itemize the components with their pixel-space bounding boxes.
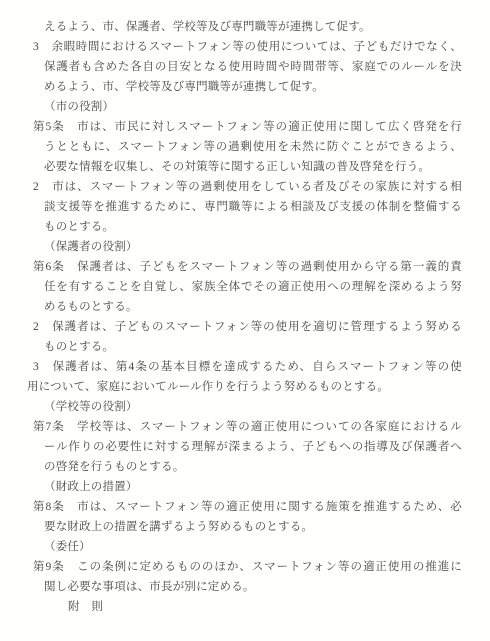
heading-line: （保護者の役割） <box>27 237 462 257</box>
text-line: 第7条 学校等は、スマートフォン等の適正使用についての各家庭におけるル <box>27 417 462 437</box>
text-line: うとともに、スマートフォン等の過剰使用を未然に防ぐことができるよう、 <box>27 137 462 157</box>
heading-line: （委任） <box>27 537 462 557</box>
text-line: 第8条 市は、スマートフォン等の適正使用に関する施策を推進するため、必 <box>27 497 462 517</box>
text-line: 必要な情報を収集し、その対策等に関する正しい知識の普及啓発を行う。 <box>27 157 462 177</box>
text-line: ものとする。 <box>27 217 462 237</box>
text-line: 2 保護者は、子どものスマートフォン等の使用を適切に管理するよう努める <box>27 317 462 337</box>
document-page: えるよう、市、保護者、学校等及び専門職等が連携して促す。 3 余暇時間におけるス… <box>0 0 490 641</box>
text-line: 用について、家庭においてルール作りを行うよう努めるものとする。 <box>27 377 462 397</box>
text-line: 保護者も含めた各自の目安となる使用時間や時間帯等、家庭でのルールを決 <box>27 57 462 77</box>
text-line: ール作りの必要性に対する理解が深まるよう、子どもへの指導及び保護者へ <box>27 437 462 457</box>
text-line: めるよう、市、学校等及び専門職等が連携して促す。 <box>27 77 462 97</box>
text-line: めるものとする。 <box>27 297 462 317</box>
heading-line: （市の役割） <box>27 97 462 117</box>
heading-line: （学校等の役割） <box>27 397 462 417</box>
text-line: 任を有することを自覚し、家族全体でその適正使用への理解を深めるよう努 <box>27 277 462 297</box>
text-line: 第9条 この条例に定めるもののほか、スマートフォン等の適正使用の推進に <box>27 557 462 577</box>
text-line: 談支援等を推進するために、専門職等による相談及び支援の体制を整備する <box>27 197 462 217</box>
text-line: 3 余暇時間におけるスマートフォン等の使用については、子どもだけでなく、 <box>27 37 462 57</box>
text-line: 関し必要な事項は、市長が別に定める。 <box>27 577 462 597</box>
text-line: 要な財政上の措置を講ずるよう努めるものとする。 <box>27 517 462 537</box>
text-line: えるよう、市、保護者、学校等及び専門職等が連携して促す。 <box>27 17 462 37</box>
text-line: 第5条 市は、市民に対しスマートフォン等の適正使用に関して広く啓発を行 <box>27 117 462 137</box>
text-line: ものとする。 <box>27 337 462 357</box>
text-line: 2 市は、スマートフォン等の過剰使用をしている者及びその家族に対する相 <box>27 177 462 197</box>
text-line: の啓発を行うものとする。 <box>27 457 462 477</box>
heading-line: （財政上の措置） <box>27 477 462 497</box>
text-line: 3 保護者は、第4条の基本目標を達成するため、自らスマートフォン等の使 <box>27 357 462 377</box>
appendix-heading-line: 附 則 <box>27 597 462 617</box>
text-line: 第6条 保護者は、子どもをスマートフォン等の過剰使用から守る第一義的責 <box>27 257 462 277</box>
